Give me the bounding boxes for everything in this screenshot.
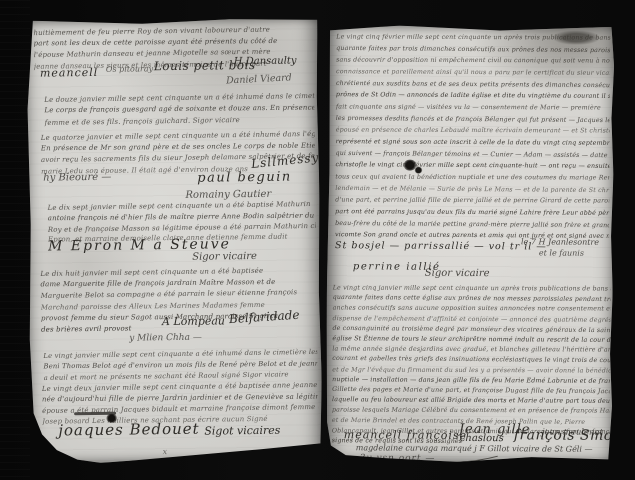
signature-paul-beguin: paul beguin — [197, 170, 292, 186]
signature-meancell: meancell — [40, 66, 98, 80]
signature-sigot-vicaire: Sigot vicaires — [204, 424, 280, 438]
signature-sigor-vicaire: Sigor vicaire — [192, 251, 257, 263]
scanned-register-spread: huitièmement de feu pierre Roy de son vi… — [0, 0, 635, 480]
signature-sigor-vicaire: Sigor vicaire — [425, 268, 490, 279]
signature-chaslous: chaslous — [460, 433, 504, 444]
manuscript-line: chrétienté aux susdits bans et de ses de… — [336, 78, 610, 92]
record-block-burial-12-january: Le douze janvier mille sept cent cinquan… — [44, 91, 314, 128]
closing-line-faunis: et le faunis — [539, 248, 584, 257]
manuscript-line: tous ceux qui avaient la bénédiction nup… — [335, 171, 609, 184]
signature-flourish — [181, 448, 291, 464]
record-block-marriage-25-february: Le vingt cinq février mille sept cent ci… — [335, 31, 610, 242]
signature-dansaulty: H Dansaulty — [234, 55, 297, 67]
signature-meancell-francoise: meancell françoise — [344, 428, 467, 442]
closing-line-date: le 7 H Jeanlesontre — [521, 237, 599, 246]
signature-flourish — [412, 450, 502, 463]
left-page: huitièmement de feu pierre Roy de son vi… — [25, 17, 322, 464]
signature-pitouray: Os pitouray — [106, 64, 153, 74]
scanner-streaks — [0, 0, 30, 480]
signature-daniel-vieard: Daniel Vieard — [226, 72, 292, 86]
record-block-burial-20-january: Le vingt janvier mille sept cent cinquan… — [43, 347, 317, 383]
signature-mlien-chha: y Mlien Chha — — [129, 333, 202, 344]
manuscript-line: beau-frère du côté de la mariée pettine … — [335, 217, 609, 231]
manuscript-line: de consanguinité au troisième degré par … — [332, 324, 610, 336]
signature-bieoure: hy Bieouré — — [43, 172, 111, 184]
ink-blot — [414, 167, 422, 174]
signature-lompeau: A Lompeau — [162, 314, 225, 328]
manuscript-line: et de Mgr l'évêque du firmament du sud l… — [332, 365, 610, 376]
signature-joaques-bedouet: joaques Bedouet — [58, 420, 200, 440]
signature-francois-smort: françois Smort — [514, 427, 615, 444]
closing-line-parish: St bosjel — parrissallié — vol tr il — — [335, 240, 547, 252]
manuscript-line: qui suivent — françois Bélanger témoins … — [336, 147, 610, 161]
manuscript-line: épousé en présence de charles Lebaudé ma… — [336, 125, 610, 138]
signature-cross-mark: x — [163, 447, 168, 456]
manuscript-line: d'une part, et perrine jallié fille de p… — [335, 195, 609, 208]
right-page: Le vingt cinq février mille sept cent ci… — [326, 25, 615, 463]
manuscript-line: fait cinquante ans signé — visitées vu l… — [336, 101, 610, 114]
